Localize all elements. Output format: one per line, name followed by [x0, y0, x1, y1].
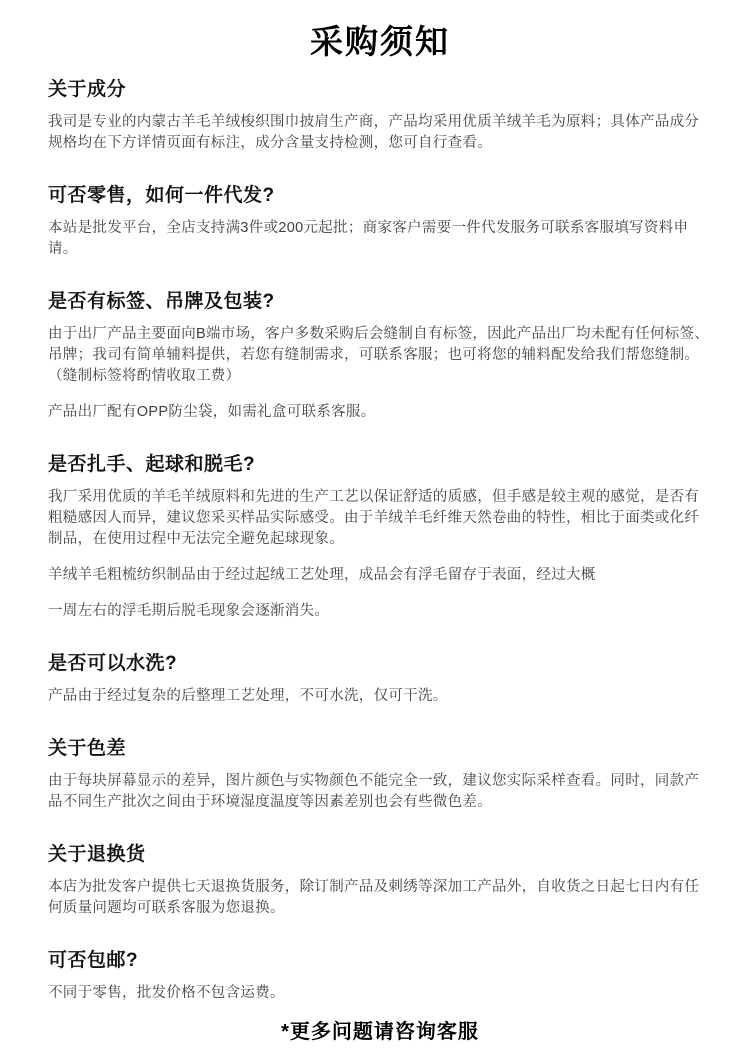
notice-section: 关于色差 由于每块屏幕显示的差异，图片颜色与实物颜色不能完全一致，建议您实际采样…: [48, 737, 712, 813]
section-paragraph: 不同于零售，批发价格不包含运费。: [48, 983, 712, 1004]
notice-section: 关于成分 我司是专业的内蒙古羊毛羊绒梭织围巾披肩生产商，产品均采用优质羊绒羊毛为…: [48, 78, 712, 154]
notice-section: 是否有标签、吊牌及包装? 由于出厂产品主要面向B端市场，客户多数采购后会缝制自有…: [48, 290, 712, 423]
notice-section: 是否扎手、起球和脱毛? 我厂采用优质的羊毛羊绒原料和先进的生产工艺以保证舒适的质…: [48, 453, 712, 622]
section-paragraph: 产品由于经过复杂的后整理工艺处理，不可水洗，仅可干洗。: [48, 686, 712, 707]
section-heading: 是否有标签、吊牌及包装?: [48, 290, 712, 314]
section-paragraph: 本店为批发客户提供七天退换货服务，除订制产品及刺绣等深加工产品外，自收货之日起七…: [48, 877, 712, 919]
notice-section: 可否包邮? 不同于零售，批发价格不包含运费。: [48, 949, 712, 1004]
section-paragraph: 由于每块屏幕显示的差异，图片颜色与实物颜色不能完全一致，建议您实际采样查看。同时…: [48, 771, 712, 813]
section-paragraph: 本站是批发平台，全店支持满3件或200元起批；商家客户需要一件代发服务可联系客服…: [48, 218, 712, 260]
section-heading: 关于色差: [48, 737, 712, 761]
section-paragraph: 我司是专业的内蒙古羊毛羊绒梭织围巾披肩生产商，产品均采用优质羊绒羊毛为原料；具体…: [48, 112, 712, 154]
section-heading: 可否包邮?: [48, 949, 712, 973]
sections-container: 关于成分 我司是专业的内蒙古羊毛羊绒梭织围巾披肩生产商，产品均采用优质羊绒羊毛为…: [48, 78, 712, 1004]
purchase-notice-page: 采购须知 关于成分 我司是专业的内蒙古羊毛羊绒梭织围巾披肩生产商，产品均采用优质…: [0, 0, 750, 1063]
section-heading: 是否扎手、起球和脱毛?: [48, 453, 712, 477]
notice-section: 关于退换货 本店为批发客户提供七天退换货服务，除订制产品及刺绣等深加工产品外，自…: [48, 843, 712, 919]
section-paragraph: 羊绒羊毛粗梳纺织制品由于经过起绒工艺处理，成品会有浮毛留存于表面，经过大概: [48, 565, 712, 586]
section-heading: 关于退换货: [48, 843, 712, 867]
notice-section: 是否可以水洗? 产品由于经过复杂的后整理工艺处理，不可水洗，仅可干洗。: [48, 652, 712, 707]
footer-note: *更多问题请咨询客服: [48, 1019, 712, 1045]
section-heading: 是否可以水洗?: [48, 652, 712, 676]
section-paragraph: 我厂采用优质的羊毛羊绒原料和先进的生产工艺以保证舒适的质感，但手感是较主观的感觉…: [48, 487, 712, 550]
section-paragraph: 一周左右的浮毛期后脱毛现象会逐渐消失。: [48, 601, 712, 622]
section-paragraph: 产品出厂配有OPP防尘袋，如需礼盒可联系客服。: [48, 402, 712, 423]
section-heading: 可否零售，如何一件代发?: [48, 184, 712, 208]
section-paragraph: 由于出厂产品主要面向B端市场，客户多数采购后会缝制自有标签，因此产品出厂均未配有…: [48, 324, 712, 387]
page-title: 采购须知: [48, 20, 712, 64]
notice-section: 可否零售，如何一件代发? 本站是批发平台，全店支持满3件或200元起批；商家客户…: [48, 184, 712, 260]
section-heading: 关于成分: [48, 78, 712, 102]
